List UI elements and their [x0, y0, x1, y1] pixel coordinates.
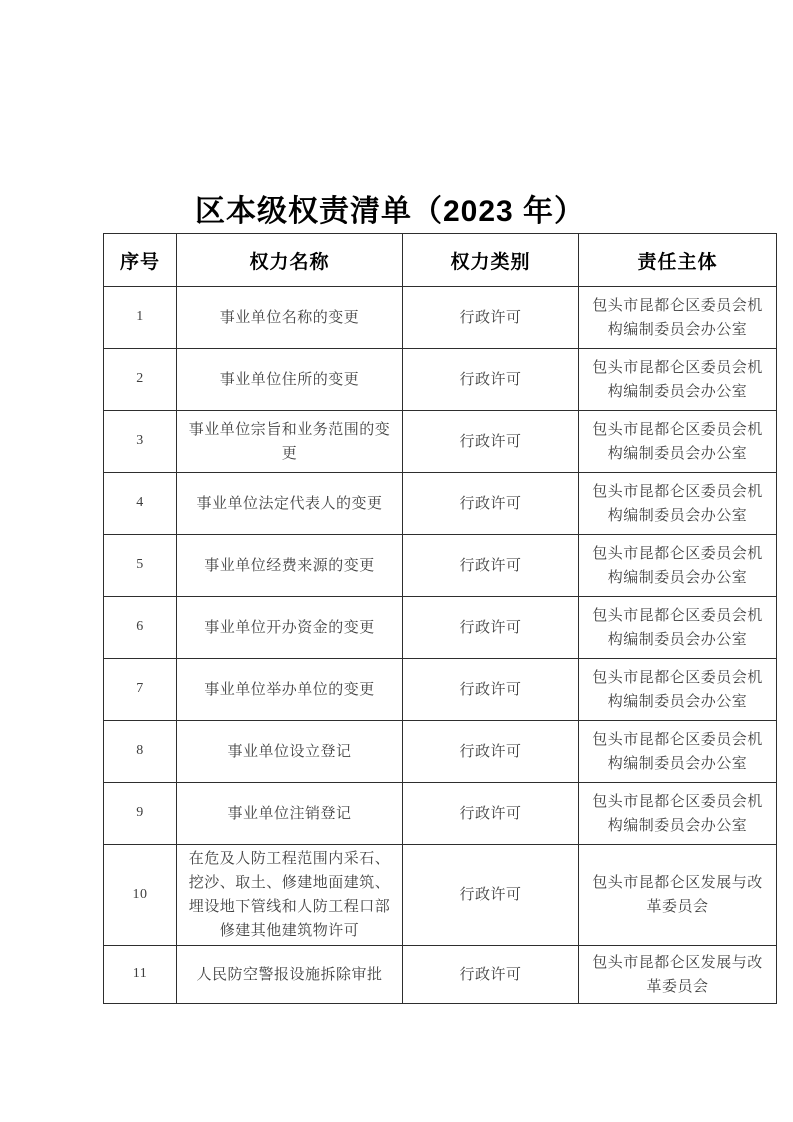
cell-serial-no: 8 [104, 721, 177, 783]
cell-power-type: 行政许可 [403, 411, 579, 473]
cell-responsible-body: 包头市昆都仑区委员会机构编制委员会办公室 [579, 349, 777, 411]
page-title: 区本级权责清单（2023 年） [0, 186, 780, 230]
power-list-table: 序号 权力名称 权力类别 责任主体 1 事业单位名称的变更 行政许可 包头市昆都… [103, 233, 777, 1004]
cell-serial-no: 9 [104, 783, 177, 845]
cell-power-name: 事业单位注销登记 [177, 783, 403, 845]
cell-serial-no: 10 [104, 845, 177, 946]
cell-power-name: 事业单位法定代表人的变更 [177, 473, 403, 535]
cell-responsible-body: 包头市昆都仑区委员会机构编制委员会办公室 [579, 287, 777, 349]
cell-power-type: 行政许可 [403, 783, 579, 845]
cell-power-type: 行政许可 [403, 721, 579, 783]
cell-serial-no: 5 [104, 535, 177, 597]
table-body: 1 事业单位名称的变更 行政许可 包头市昆都仑区委员会机构编制委员会办公室 2 … [104, 287, 777, 1004]
cell-power-name: 事业单位宗旨和业务范围的变更 [177, 411, 403, 473]
table-row: 9 事业单位注销登记 行政许可 包头市昆都仑区委员会机构编制委员会办公室 [104, 783, 777, 845]
col-header-responsible-body: 责任主体 [579, 234, 777, 287]
cell-responsible-body: 包头市昆都仑区委员会机构编制委员会办公室 [579, 659, 777, 721]
cell-serial-no: 2 [104, 349, 177, 411]
table-header: 序号 权力名称 权力类别 责任主体 [104, 234, 777, 287]
table-row: 4 事业单位法定代表人的变更 行政许可 包头市昆都仑区委员会机构编制委员会办公室 [104, 473, 777, 535]
table-row: 10 在危及人防工程范围内采石、挖沙、取土、修建地面建筑、埋设地下管线和人防工程… [104, 845, 777, 946]
cell-responsible-body: 包头市昆都仑区委员会机构编制委员会办公室 [579, 411, 777, 473]
cell-power-type: 行政许可 [403, 659, 579, 721]
cell-serial-no: 11 [104, 946, 177, 1004]
cell-power-name: 事业单位设立登记 [177, 721, 403, 783]
table-row: 7 事业单位举办单位的变更 行政许可 包头市昆都仑区委员会机构编制委员会办公室 [104, 659, 777, 721]
col-header-power-type: 权力类别 [403, 234, 579, 287]
table-row: 3 事业单位宗旨和业务范围的变更 行政许可 包头市昆都仑区委员会机构编制委员会办… [104, 411, 777, 473]
cell-serial-no: 4 [104, 473, 177, 535]
col-header-serial-no: 序号 [104, 234, 177, 287]
table-row: 2 事业单位住所的变更 行政许可 包头市昆都仑区委员会机构编制委员会办公室 [104, 349, 777, 411]
document-page: 区本级权责清单（2023 年） 序号 权力名称 权力类别 责任主体 1 事业单位… [0, 0, 793, 1122]
cell-power-type: 行政许可 [403, 287, 579, 349]
col-header-power-name: 权力名称 [177, 234, 403, 287]
cell-power-name: 事业单位名称的变更 [177, 287, 403, 349]
cell-responsible-body: 包头市昆都仑区发展与改革委员会 [579, 845, 777, 946]
cell-power-type: 行政许可 [403, 349, 579, 411]
cell-responsible-body: 包头市昆都仑区委员会机构编制委员会办公室 [579, 535, 777, 597]
cell-power-name: 事业单位开办资金的变更 [177, 597, 403, 659]
table-row: 5 事业单位经费来源的变更 行政许可 包头市昆都仑区委员会机构编制委员会办公室 [104, 535, 777, 597]
table-row: 8 事业单位设立登记 行政许可 包头市昆都仑区委员会机构编制委员会办公室 [104, 721, 777, 783]
cell-responsible-body: 包头市昆都仑区委员会机构编制委员会办公室 [579, 473, 777, 535]
cell-serial-no: 3 [104, 411, 177, 473]
cell-power-type: 行政许可 [403, 845, 579, 946]
cell-power-type: 行政许可 [403, 535, 579, 597]
cell-serial-no: 1 [104, 287, 177, 349]
cell-power-type: 行政许可 [403, 473, 579, 535]
cell-power-type: 行政许可 [403, 946, 579, 1004]
cell-serial-no: 7 [104, 659, 177, 721]
cell-responsible-body: 包头市昆都仑区委员会机构编制委员会办公室 [579, 783, 777, 845]
cell-responsible-body: 包头市昆都仑区发展与改革委员会 [579, 946, 777, 1004]
cell-power-name: 在危及人防工程范围内采石、挖沙、取土、修建地面建筑、埋设地下管线和人防工程口部修… [177, 845, 403, 946]
cell-serial-no: 6 [104, 597, 177, 659]
cell-power-name: 人民防空警报设施拆除审批 [177, 946, 403, 1004]
cell-power-name: 事业单位经费来源的变更 [177, 535, 403, 597]
header-row: 序号 权力名称 权力类别 责任主体 [104, 234, 777, 287]
table-row: 6 事业单位开办资金的变更 行政许可 包头市昆都仑区委员会机构编制委员会办公室 [104, 597, 777, 659]
cell-responsible-body: 包头市昆都仑区委员会机构编制委员会办公室 [579, 597, 777, 659]
cell-power-name: 事业单位住所的变更 [177, 349, 403, 411]
table-row: 1 事业单位名称的变更 行政许可 包头市昆都仑区委员会机构编制委员会办公室 [104, 287, 777, 349]
cell-responsible-body: 包头市昆都仑区委员会机构编制委员会办公室 [579, 721, 777, 783]
cell-power-name: 事业单位举办单位的变更 [177, 659, 403, 721]
cell-power-type: 行政许可 [403, 597, 579, 659]
table-row: 11 人民防空警报设施拆除审批 行政许可 包头市昆都仑区发展与改革委员会 [104, 946, 777, 1004]
